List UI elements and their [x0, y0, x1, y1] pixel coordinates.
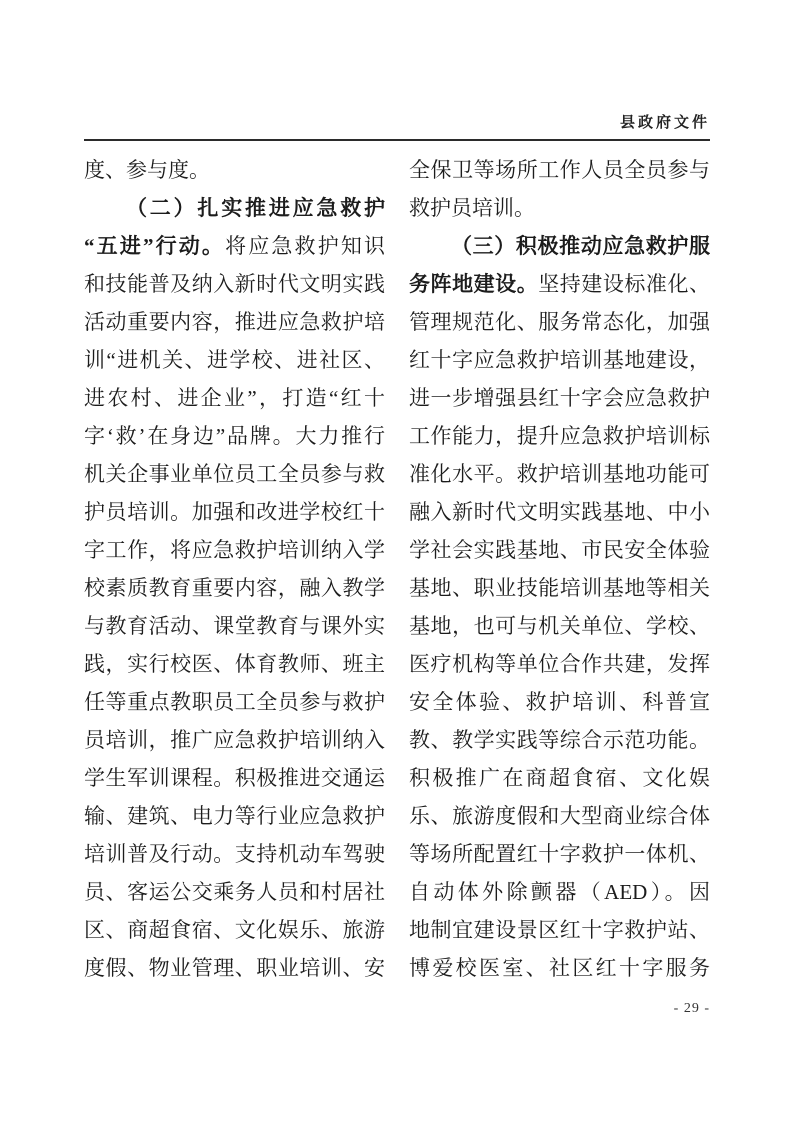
- text-line: 医疗机构等单位合作共建，发挥: [409, 645, 710, 683]
- heading-text-segment: （二）扎实推进应急救护: [126, 196, 385, 220]
- body-text-segment: 输、建筑、电力等行业应急救护: [84, 804, 385, 828]
- body-text-segment: 进一步增强县红十字会应急救护: [409, 386, 710, 410]
- text-line: 全保卫等场所工作人员全员参与: [409, 151, 710, 189]
- body-text-segment: 自动体外除颤器（AED）。因: [409, 880, 710, 904]
- body-text-segment: 基地，也可与机关单位、学校、: [409, 614, 710, 638]
- document-header-label: 县政府文件: [84, 111, 710, 132]
- body-text-segment: 教、教学实践等综合示范功能。: [409, 728, 710, 752]
- text-line: 博爱校医室、社区红十字服务: [409, 949, 710, 987]
- body-text-segment: 员、客运公交乘务人员和村居社: [84, 880, 385, 904]
- body-text-segment: 全保卫等场所工作人员全员参与: [409, 158, 710, 182]
- body-text-segment: 度、参与度。: [84, 158, 210, 182]
- page-number: - 29 -: [84, 1001, 710, 1017]
- text-line: 等场所配置红十字救护一体机、: [409, 835, 710, 873]
- text-line: 活动重要内容，推进应急救护培: [84, 303, 385, 341]
- body-text-segment: 坚持建设标准化、: [538, 272, 710, 296]
- body-text-segment: 救护员培训。: [409, 196, 535, 220]
- body-text-segment: 准化水平。救护培训基地功能可: [409, 462, 710, 486]
- body-text-segment: 员培训，推广应急救护培训纳入: [84, 728, 385, 752]
- body-text-segment: 机关企事业单位员工全员参与救: [84, 462, 385, 486]
- body-text-segment: 地制宜建设景区红十字救护站、: [409, 918, 710, 942]
- text-line: （三）积极推动应急救护服: [409, 227, 710, 265]
- text-line: 任等重点教职员工全员参与救护: [84, 683, 385, 721]
- body-text-segment: 度假、物业管理、职业培训、安: [84, 956, 385, 980]
- text-line: 进农村、进企业”，打造“红十: [84, 379, 385, 417]
- text-line: 输、建筑、电力等行业应急救护: [84, 797, 385, 835]
- text-line: 乐、旅游度假和大型商业综合体: [409, 797, 710, 835]
- body-text-segment: 博爱校医室、社区红十字服务: [409, 956, 710, 980]
- text-line: 学社会实践基地、市民安全体验: [409, 531, 710, 569]
- text-line: 基地，也可与机关单位、学校、: [409, 607, 710, 645]
- text-line: 机关企事业单位员工全员参与救: [84, 455, 385, 493]
- text-line: “五进”行动。将应急救护知识: [84, 227, 385, 265]
- body-text-segment: 和技能普及纳入新时代文明实践: [84, 272, 385, 296]
- body-text-segment: 区、商超食宿、文化娱乐、旅游: [84, 918, 385, 942]
- heading-text-segment: “五进”行动。: [84, 234, 225, 258]
- body-text-segment: 护员培训。加强和改进学校红十: [84, 500, 385, 524]
- document-page: 县政府文件 度、参与度。（二）扎实推进应急救护“五进”行动。将应急救护知识和技能…: [0, 0, 794, 1122]
- text-line: 融入新时代文明实践基地、中小: [409, 493, 710, 531]
- header-divider-rule: [84, 139, 710, 141]
- text-line: （二）扎实推进应急救护: [84, 189, 385, 227]
- text-line: 字‘救’在身边”品牌。大力推行: [84, 417, 385, 455]
- text-line: 进一步增强县红十字会应急救护: [409, 379, 710, 417]
- text-line: 安全体验、救护培训、科普宣: [409, 683, 710, 721]
- body-text-segment: 等场所配置红十字救护一体机、: [409, 842, 710, 866]
- body-text-segment: 学社会实践基地、市民安全体验: [409, 538, 710, 562]
- body-text-segment: 训“进机关、进学校、进社区、: [84, 348, 385, 372]
- body-text-segment: 乐、旅游度假和大型商业综合体: [409, 804, 710, 828]
- body-text-segment: 积极推广在商超食宿、文化娱: [409, 766, 710, 790]
- text-line: 践，实行校医、体育教师、班主: [84, 645, 385, 683]
- text-line: 务阵地建设。坚持建设标准化、: [409, 265, 710, 303]
- text-columns: 度、参与度。（二）扎实推进应急救护“五进”行动。将应急救护知识和技能普及纳入新时…: [84, 151, 710, 987]
- body-text-segment: 管理规范化、服务常态化，加强: [409, 310, 710, 334]
- text-line: 员培训，推广应急救护培训纳入: [84, 721, 385, 759]
- text-line: 员、客运公交乘务人员和村居社: [84, 873, 385, 911]
- heading-text-segment: （三）积极推动应急救护服: [451, 234, 710, 258]
- text-line: 管理规范化、服务常态化，加强: [409, 303, 710, 341]
- body-text-segment: 红十字应急救护培训基地建设，: [409, 348, 710, 372]
- body-text-segment: 医疗机构等单位合作共建，发挥: [409, 652, 710, 676]
- body-text-segment: 将应急救护知识: [225, 234, 385, 258]
- text-line: 区、商超食宿、文化娱乐、旅游: [84, 911, 385, 949]
- body-text-segment: 融入新时代文明实践基地、中小: [409, 500, 710, 524]
- body-text-segment: 工作能力，提升应急救护培训标: [409, 424, 710, 448]
- body-text-segment: 与教育活动、课堂教育与课外实: [84, 614, 385, 638]
- body-text-segment: 学生军训课程。积极推进交通运: [84, 766, 385, 790]
- text-line: 字工作，将应急救护培训纳入学: [84, 531, 385, 569]
- text-line: 救护员培训。: [409, 189, 710, 227]
- text-line: 和技能普及纳入新时代文明实践: [84, 265, 385, 303]
- body-text-segment: 培训普及行动。支持机动车驾驶: [84, 842, 385, 866]
- text-line: 地制宜建设景区红十字救护站、: [409, 911, 710, 949]
- heading-text-segment: 务阵地建设。: [409, 272, 538, 296]
- left-text-column: 度、参与度。（二）扎实推进应急救护“五进”行动。将应急救护知识和技能普及纳入新时…: [84, 151, 385, 987]
- body-text-segment: 安全体验、救护培训、科普宣: [409, 690, 710, 714]
- text-line: 积极推广在商超食宿、文化娱: [409, 759, 710, 797]
- text-line: 工作能力，提升应急救护培训标: [409, 417, 710, 455]
- text-line: 护员培训。加强和改进学校红十: [84, 493, 385, 531]
- right-text-column: 全保卫等场所工作人员全员参与救护员培训。（三）积极推动应急救护服务阵地建设。坚持…: [409, 151, 710, 987]
- text-line: 基地、职业技能培训基地等相关: [409, 569, 710, 607]
- body-text-segment: 基地、职业技能培训基地等相关: [409, 576, 710, 600]
- text-line: 教、教学实践等综合示范功能。: [409, 721, 710, 759]
- body-text-segment: 字工作，将应急救护培训纳入学: [84, 538, 385, 562]
- text-line: 度、参与度。: [84, 151, 385, 189]
- text-line: 训“进机关、进学校、进社区、: [84, 341, 385, 379]
- body-text-segment: 任等重点教职员工全员参与救护: [84, 690, 385, 714]
- text-line: 培训普及行动。支持机动车驾驶: [84, 835, 385, 873]
- body-text-segment: 活动重要内容，推进应急救护培: [84, 310, 385, 334]
- text-line: 自动体外除颤器（AED）。因: [409, 873, 710, 911]
- body-text-segment: 校素质教育重要内容，融入教学: [84, 576, 385, 600]
- text-line: 校素质教育重要内容，融入教学: [84, 569, 385, 607]
- text-line: 与教育活动、课堂教育与课外实: [84, 607, 385, 645]
- body-text-segment: 字‘救’在身边”品牌。大力推行: [84, 424, 385, 448]
- text-line: 度假、物业管理、职业培训、安: [84, 949, 385, 987]
- body-text-segment: 进农村、进企业”，打造“红十: [84, 386, 385, 410]
- body-text-segment: 践，实行校医、体育教师、班主: [84, 652, 385, 676]
- text-line: 红十字应急救护培训基地建设，: [409, 341, 710, 379]
- text-line: 学生军训课程。积极推进交通运: [84, 759, 385, 797]
- text-line: 准化水平。救护培训基地功能可: [409, 455, 710, 493]
